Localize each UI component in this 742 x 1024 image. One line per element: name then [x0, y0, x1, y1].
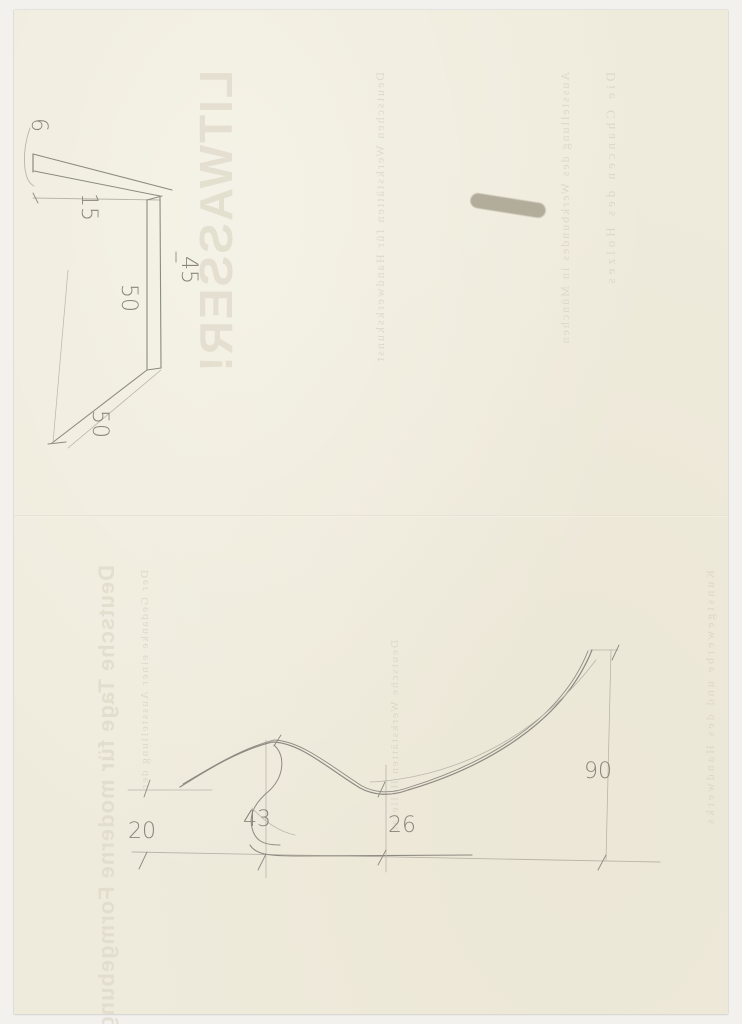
- dimension-50-diagonal: 50: [87, 410, 112, 438]
- dimension-90: 90: [584, 759, 612, 784]
- dimension-26: 26: [388, 813, 416, 838]
- dimension-50-front: 50: [116, 284, 141, 312]
- dimension-20: 20: [128, 819, 156, 844]
- dimension-43: 43: [243, 807, 271, 832]
- dimension-45: 45: [176, 256, 201, 284]
- dimension-6: 6: [26, 118, 51, 132]
- dimension-15: 15: [76, 193, 101, 221]
- pencil-sketches: 6 15 45 50 50 20 43 26 90: [0, 0, 742, 1024]
- table-sketch: [24, 128, 176, 448]
- chaise-sketch: [128, 645, 660, 878]
